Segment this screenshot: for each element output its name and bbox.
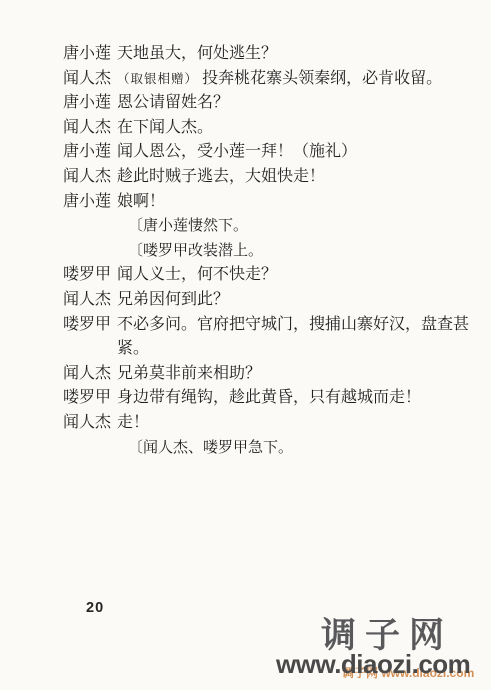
stage-direction-text: 〔唐小莲悽然下。 <box>128 218 248 234</box>
script-lines: 唐小莲天地虽大，何处逃生？闻人杰（取银相赠） 投奔桃花寨头领秦纲，必肯收留。唐小… <box>63 42 473 460</box>
dialogue-text: 不必多问。官府把守城门，搜捕山寨好汉，盘查甚紧。 <box>117 313 469 362</box>
speaker-name: 闻人杰 <box>63 362 117 387</box>
dialogue-line: 唐小莲天地虽大，何处逃生？ <box>63 42 473 67</box>
dialogue-text: 兄弟莫非前来相助？ <box>117 362 261 387</box>
speaker-name: 唐小莲 <box>63 42 117 67</box>
speaker-name: 喽罗甲 <box>63 386 117 411</box>
dialogue-line: 喽罗甲不必多问。官府把守城门，搜捕山寨好汉，盘查甚紧。 <box>63 313 473 362</box>
dialogue-text: 天地虽大，何处逃生？ <box>117 42 277 67</box>
dialogue-line: 唐小莲恩公请留姓名？ <box>63 91 473 116</box>
stage-direction-text: 〔喽罗甲改装潜上。 <box>128 243 263 259</box>
speaker-name: 唐小莲 <box>63 91 117 116</box>
dialogue-line: 闻人杰趁此时贼子逃去，大姐快走！ <box>63 165 473 190</box>
speaker-name: 唐小莲 <box>63 140 117 165</box>
dialogue-text: 闻人义士，何不快走？ <box>117 263 277 288</box>
dialogue-text: （取银相赠） 投奔桃花寨头领秦纲，必肯收留。 <box>117 67 442 92</box>
dialogue-line: 唐小莲娘啊！ <box>63 190 473 215</box>
speaker-name: 喽罗甲 <box>63 313 117 338</box>
dialogue-text: 兄弟因何到此？ <box>117 288 229 313</box>
stage-direction-text: 〔闻人杰、喽罗甲急下。 <box>128 440 293 456</box>
speaker-name: 喽罗甲 <box>63 263 117 288</box>
dialogue-line: 喽罗甲闻人义士，何不快走？ <box>63 263 473 288</box>
speaker-name: 闻人杰 <box>63 411 117 436</box>
stage-direction: 〔唐小莲悽然下。 <box>63 214 473 239</box>
script-text-block: 唐小莲天地虽大，何处逃生？闻人杰（取银相赠） 投奔桃花寨头领秦纲，必肯收留。唐小… <box>63 42 473 460</box>
speaker-name: 闻人杰 <box>63 288 117 313</box>
dialogue-line: 闻人杰走！ <box>63 411 473 436</box>
dialogue-line: 闻人杰在下闻人杰。 <box>63 116 473 141</box>
dialogue-text: 恩公请留姓名？ <box>117 91 229 116</box>
stage-direction: 〔闻人杰、喽罗甲急下。 <box>63 436 473 461</box>
scanned-script-page: 唐小莲天地虽大，何处逃生？闻人杰（取银相赠） 投奔桃花寨头领秦纲，必肯收留。唐小… <box>0 0 491 690</box>
page-number: 20 <box>86 600 104 616</box>
inline-stage-note: （取银相赠） <box>117 72 202 86</box>
stage-direction: 〔喽罗甲改装潜上。 <box>63 239 473 264</box>
watermark-site-url: www.diaozi.com <box>276 649 470 680</box>
dialogue-text: 闻人恩公，受小莲一拜！（施礼） <box>117 140 357 165</box>
dialogue-line: 闻人杰兄弟因何到此？ <box>63 288 473 313</box>
dialogue-text: 在下闻人杰。 <box>117 116 213 141</box>
dialogue-line: 喽罗甲身边带有绳钩，趁此黄昏，只有越城而走！ <box>63 386 473 411</box>
speaker-name: 闻人杰 <box>63 67 117 92</box>
dialogue-text: 走！ <box>117 411 149 436</box>
dialogue-text: 身边带有绳钩，趁此黄昏，只有越城而走！ <box>117 386 421 411</box>
dialogue-line: 唐小莲闻人恩公，受小莲一拜！（施礼） <box>63 140 473 165</box>
speaker-name: 闻人杰 <box>63 116 117 141</box>
dialogue-text: 娘啊！ <box>117 190 165 215</box>
dialogue-text: 趁此时贼子逃去，大姐快走！ <box>117 165 325 190</box>
speaker-name: 闻人杰 <box>63 165 117 190</box>
dialogue-line: 闻人杰兄弟莫非前来相助？ <box>63 362 473 387</box>
dialogue-line: 闻人杰（取银相赠） 投奔桃花寨头领秦纲，必肯收留。 <box>63 67 473 92</box>
speaker-name: 唐小莲 <box>63 190 117 215</box>
